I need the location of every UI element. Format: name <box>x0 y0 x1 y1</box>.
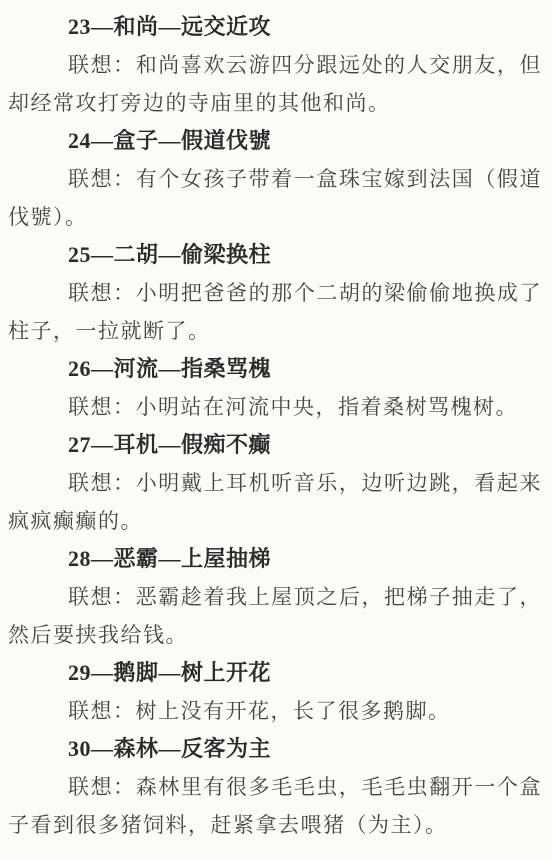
entry-heading: 30—森林—反客为主 <box>8 730 542 768</box>
entry-heading: 29—鹅脚—树上开花 <box>8 654 542 692</box>
entry-30: 30—森林—反客为主 联想：森林里有很多毛毛虫，毛毛虫翻开一个盒子看到很多猪饲料… <box>8 730 542 844</box>
entry-body: 联想：有个女孩子带着一盒珠宝嫁到法国（假道伐號）。 <box>8 160 542 236</box>
entry-body: 联想：恶霸趁着我上屋顶之后，把梯子抽走了，然后要挟我给钱。 <box>8 578 542 654</box>
entry-heading: 26—河流—指桑骂槐 <box>8 350 542 388</box>
entry-26: 26—河流—指桑骂槐 联想：小明站在河流中央，指着桑树骂槐树。 <box>8 350 542 426</box>
entry-29: 29—鹅脚—树上开花 联想：树上没有开花，长了很多鹅脚。 <box>8 654 542 730</box>
entry-body: 联想：和尚喜欢云游四分跟远处的人交朋友，但却经常攻打旁边的寺庙里的其他和尚。 <box>8 46 542 122</box>
entry-25: 25—二胡—偷梁换柱 联想：小明把爸爸的那个二胡的梁偷偷地换成了柱子，一拉就断了… <box>8 236 542 350</box>
entry-23: 23—和尚—远交近攻 联想：和尚喜欢云游四分跟远处的人交朋友，但却经常攻打旁边的… <box>8 8 542 122</box>
entry-heading: 23—和尚—远交近攻 <box>8 8 542 46</box>
entry-28: 28—恶霸—上屋抽梯 联想：恶霸趁着我上屋顶之后，把梯子抽走了，然后要挟我给钱。 <box>8 540 542 654</box>
entry-body: 联想：树上没有开花，长了很多鹅脚。 <box>8 692 542 730</box>
entry-heading: 27—耳机—假痴不癫 <box>8 426 542 464</box>
book-page: 23—和尚—远交近攻 联想：和尚喜欢云游四分跟远处的人交朋友，但却经常攻打旁边的… <box>0 0 552 860</box>
entry-24: 24—盒子—假道伐號 联想：有个女孩子带着一盒珠宝嫁到法国（假道伐號）。 <box>8 122 542 236</box>
entry-body: 联想：森林里有很多毛毛虫，毛毛虫翻开一个盒子看到很多猪饲料，赶紧拿去喂猪（为主）… <box>8 768 542 844</box>
entry-body: 联想：小明把爸爸的那个二胡的梁偷偷地换成了柱子，一拉就断了。 <box>8 274 542 350</box>
entry-27: 27—耳机—假痴不癫 联想：小明戴上耳机听音乐，边听边跳，看起来疯疯癫癫的。 <box>8 426 542 540</box>
entry-heading: 25—二胡—偷梁换柱 <box>8 236 542 274</box>
entry-heading: 28—恶霸—上屋抽梯 <box>8 540 542 578</box>
entry-body: 联想：小明站在河流中央，指着桑树骂槐树。 <box>8 388 542 426</box>
entry-heading: 24—盒子—假道伐號 <box>8 122 542 160</box>
entry-body: 联想：小明戴上耳机听音乐，边听边跳，看起来疯疯癫癫的。 <box>8 464 542 540</box>
